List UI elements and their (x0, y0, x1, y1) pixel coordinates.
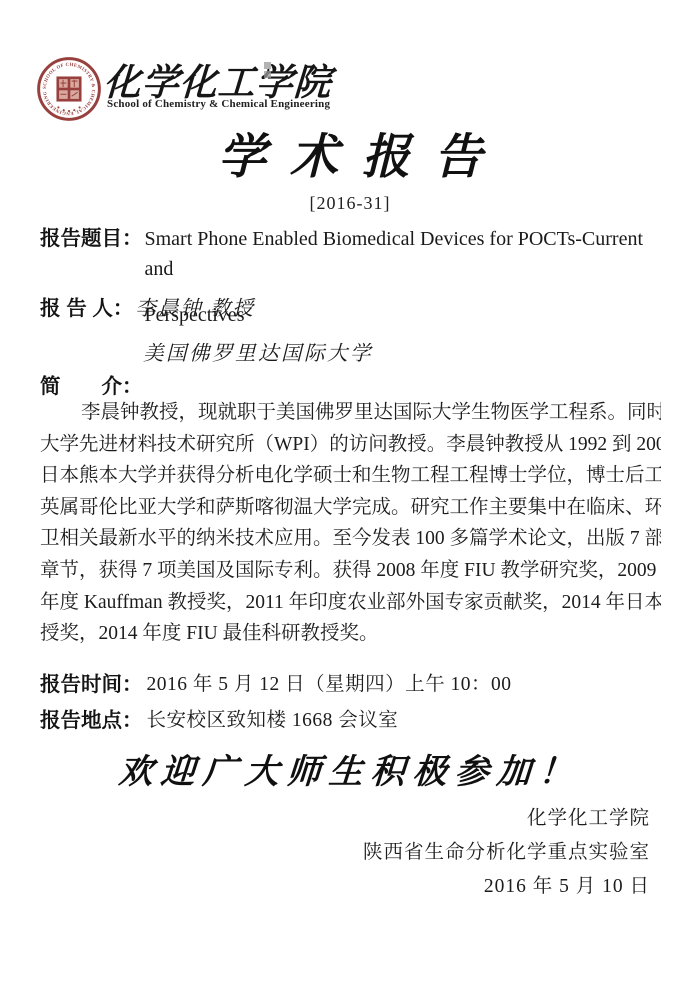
welcome-message: 欢迎广大师生积极参加！ (0, 744, 700, 793)
bio-line: 章节，获得 7 项美国及国际专利。获得 2008 年度 FIU 教学研究奖，20… (40, 555, 661, 587)
venue-label: 报告地点： (40, 707, 143, 734)
signature-org2: 陕西省生命分析化学重点实验室 (363, 836, 650, 870)
page-title: 学术报告 (0, 118, 700, 187)
bio-line: 英属哥伦比亚大学和萨斯喀彻温大学完成。研究工作主要集中在临床、环境及生物防 (40, 492, 661, 524)
bio-line: 李晨钟教授，现就职于美国佛罗里达国际大学生物医学工程系。同时是日本东北 (40, 397, 661, 429)
speaker-name: 李晨钟 教授 (133, 296, 255, 322)
topic-line1: Smart Phone Enabled Biomedical Devices f… (145, 224, 666, 284)
time-row: 报告时间： 2016 年 5 月 12 日（星期四）上午 10：00 (40, 671, 512, 698)
bio-line: 年度 Kauffman 教授奖，2011 年印度农业部外国专家贡献奖，2014 … (40, 587, 661, 619)
biography-paragraph: 李晨钟教授，现就职于美国佛罗里达国际大学生物医学工程系。同时是日本东北大学先进材… (40, 397, 661, 650)
bio-line: 大学先进材料技术研究所（WPI）的访问教授。李晨钟教授从 1992 到 2000… (40, 429, 661, 461)
venue-row: 报告地点： 长安校区致知楼 1668 会议室 (40, 707, 398, 734)
issue-number: [2016-31] (0, 193, 700, 214)
time-value: 2016 年 5 月 12 日（星期四）上午 10：00 (143, 671, 512, 698)
lecture-announcement-page: SCHOOL OF CHEMISTRY & CHEMICAL ENGINEERI… (0, 0, 700, 989)
signature-org1: 化学化工学院 (363, 802, 650, 836)
speaker-affiliation: 美国佛罗里达国际大学 (143, 336, 373, 366)
signature-block: 化学化工学院 陕西省生命分析化学重点实验室 2016 年 5 月 10 日 (363, 802, 650, 904)
bio-label-row: 简 介： (40, 369, 143, 399)
topic-label: 报告题目： (40, 224, 143, 254)
time-label: 报告时间： (40, 671, 143, 698)
bio-line: 日本熊本大学并获得分析电化学硕士和生物工程工程博士学位，博士后工作在加拿大 (40, 460, 661, 492)
speaker-label: 报 告 人： (40, 296, 133, 322)
bio-line: 授奖，2014 年度 FIU 最佳科研教授奖。 (40, 618, 661, 650)
school-seal-icon: SCHOOL OF CHEMISTRY & CHEMICAL ENGINEERI… (36, 56, 102, 122)
bio-line: 卫相关最新水平的纳米技术应用。至今发表 100 多篇学术论文，出版 7 部图书及… (40, 523, 661, 555)
department-name-en: School of Chemistry & Chemical Engineeri… (107, 98, 330, 110)
venue-value: 长安校区致知楼 1668 会议室 (143, 707, 399, 734)
signature-date: 2016 年 5 月 10 日 (363, 870, 650, 904)
bio-label: 简 介： (40, 369, 143, 399)
logo-annotation-mark-icon (264, 62, 274, 80)
speaker-row: 报 告 人： 李晨钟 教授 (40, 296, 255, 322)
